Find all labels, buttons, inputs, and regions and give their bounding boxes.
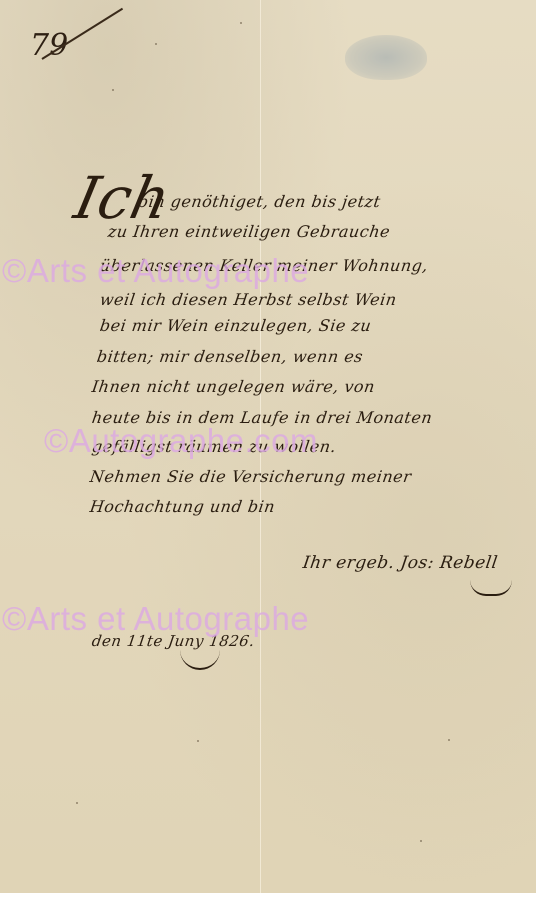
watermark: ©Autographe.com [44,422,318,460]
watermark: ©Arts et Autographe [2,600,309,638]
signature: Ihr ergeb. Jos: Rebell [302,553,499,573]
body-line: weil ich diesen Herbst selbst Wein [99,290,398,309]
body-line: bitten; mir denselben, wenn es [96,347,365,366]
body-line: bin genöthiget, den bis jetzt [137,192,382,211]
date-flourish [180,650,220,670]
body-line: bei mir Wein einzulegen, Sie zu [99,316,373,335]
body-line: Nehmen Sie die Versicherung meiner [89,467,413,486]
paper-speck [197,740,199,742]
body-line: Ihnen nicht ungelegen wäre, von [91,377,377,396]
paper-stain [345,35,427,80]
paper-speck [76,802,78,804]
paper-speck [240,22,242,24]
paper-speck [112,89,114,91]
signature-flourish [470,580,512,596]
paper-speck [420,840,422,842]
body-line: zu Ihren eintweiligen Gebrauche [107,222,392,241]
letter-sheet: 79 Ich bin genöthiget, den bis jetzt zu … [0,0,536,893]
paper-speck [155,43,157,45]
body-line: Hochachtung und bin [89,497,277,516]
paper-speck [448,739,450,741]
watermark: ©Arts et Autographe [2,252,309,290]
